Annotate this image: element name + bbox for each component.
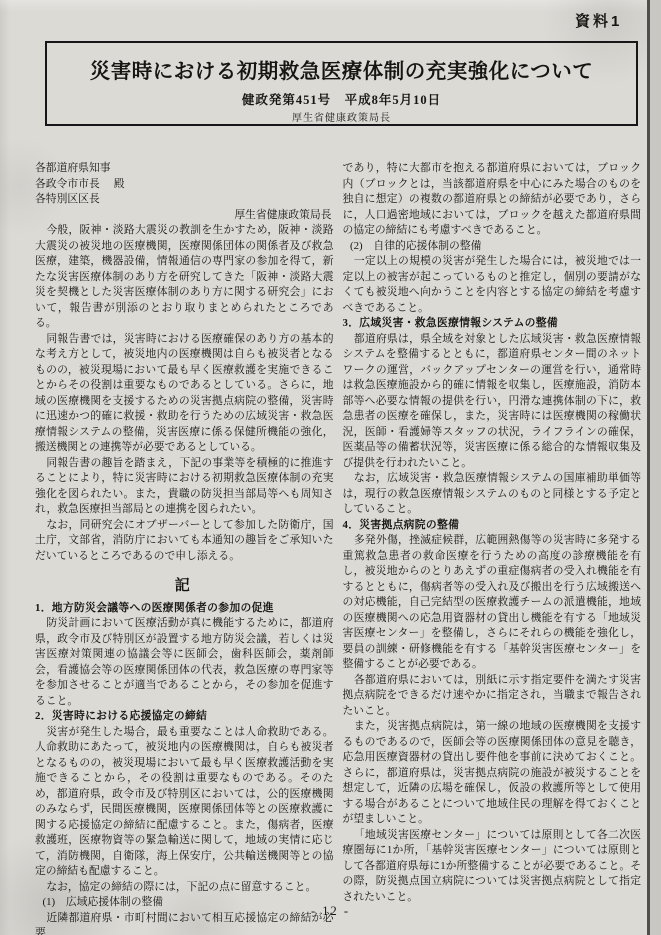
text-block-para: 今般，阪神・淡路大震災の教訓を生かすため，阪神・淡路大震災の被災地の医療機関，医… [35, 223, 334, 332]
document-issuer: 厚生省健康政策局長 [47, 109, 636, 124]
text-block-para: 災害が発生した場合，最も重要なことは人命救助である。人命救助にあたって，被災地内… [35, 725, 334, 880]
text-block-para: 多発外傷，挫滅症候群，広範囲熱傷等の災害時に多発する重篤救急患者の救命医療を行う… [343, 533, 642, 673]
honorific: 殿 [114, 178, 125, 190]
text-block-para: なお，広域災害・救急医療情報システムの国庫補助単価等は，現行の救急医療情報システ… [343, 471, 642, 518]
addressee-special-ward-mayors: 各特別区区長 [35, 193, 100, 205]
title-box: 災害時における初期救急医療体制の充実強化について 健政発第451号 平成8年5月… [45, 41, 638, 126]
text-block-heading: 1．地方防災会議等への医療関係者の参加の促進 [35, 601, 334, 617]
left-column: 各都道府県知事 各政令市市長殿 各特別区区長 厚生省健康政策局長 今般，阪神・淡… [35, 161, 334, 935]
text-block-para: 「地域災害医療センター」については原則として各二次医療圏毎に1か所，「基幹災害医… [343, 828, 642, 906]
text-block-para: 同報告書では，災害時における医療確保のあり方の基本的な考え方として，被災地内の医… [35, 332, 334, 456]
text-block-para: 防災計画において医療活動が真に機能するために，都道府県，政令市及び特別区が設置す… [35, 616, 334, 709]
corner-label: 資料1 [575, 10, 622, 31]
right-column: であり，特に大都市を抱える都道府県においては，ブロック内（ブロックとは，当該都道… [343, 161, 642, 935]
text-block-flush: であり，特に大都市を抱える都道府県においては，ブロック内（ブロックとは，当該都道… [343, 161, 642, 239]
text-block-subheading: (2) 自律的応援体制の整備 [343, 239, 642, 255]
right-column-text: であり，特に大都市を抱える都道府県においては，ブロック内（ブロックとは，当該都道… [343, 161, 642, 905]
document-body: 各都道府県知事 各政令市市長殿 各特別区区長 厚生省健康政策局長 今般，阪神・淡… [35, 161, 641, 935]
scanned-document-page: 資料1 災害時における初期救急医療体制の充実強化について 健政発第451号 平成… [0, 0, 661, 935]
addressee-block: 各都道府県知事 各政令市市長殿 各特別区区長 [35, 161, 334, 208]
text-block-para: 各都道府県においては，別紙に示す指定要件を満たす災害拠点病院をできるだけ速やかに… [343, 673, 642, 720]
text-block-heading: 2．災害時における応援協定の締結 [35, 709, 334, 725]
document-title: 災害時における初期救急医療体制の充実強化について [47, 54, 636, 84]
document-number-and-date: 健政発第451号 平成8年5月10日 [47, 90, 636, 108]
addressee-line: 各都道府県知事 [35, 161, 334, 177]
sender-line: 厚生省健康政策局長 [35, 208, 334, 224]
text-block-para: 同報告書の趣旨を踏まえ，下記の事業等を積極的に推進することにより，特に災害時にお… [35, 456, 334, 518]
text-block-center: 記 [35, 579, 334, 595]
text-block-para: また，災害拠点病院は，第一線の地域の医療機関を支援するものであるので，医師会等の… [343, 719, 642, 828]
scan-edge-margin [649, 0, 661, 935]
addressee-designated-city-mayors: 各政令市市長 [35, 178, 100, 190]
page-number: - 12 - [0, 904, 661, 919]
left-column-text: 今般，阪神・淡路大震災の教訓を生かすため，阪神・淡路大震災の被災地の医療機関，医… [35, 223, 334, 935]
text-block-heading: 4．災害拠点病院の整備 [343, 518, 642, 534]
text-block-para: なお，協定の締結の際には，下記の点に留意すること。 [35, 880, 334, 896]
addressee-prefectural-governors: 各都道府県知事 [35, 162, 111, 174]
text-block-para: 一定以上の規模の災害が発生した場合には，被災地では一定以上の被害が起こっているも… [343, 254, 642, 316]
text-block-heading: 3．広域災害・救急医療情報システムの整備 [343, 316, 642, 332]
addressee-line: 各政令市市長殿 [35, 177, 334, 193]
scan-edge-line [647, 0, 650, 935]
addressee-line: 各特別区区長 [35, 192, 334, 208]
text-block-para: なお，同研究会にオブザーバーとして参加した防衛庁，国土庁，文部省，消防庁において… [35, 518, 334, 565]
text-block-para: 都道府県は，県全域を対象とした広域災害・救急医療情報システムを整備するとともに，… [343, 332, 642, 472]
